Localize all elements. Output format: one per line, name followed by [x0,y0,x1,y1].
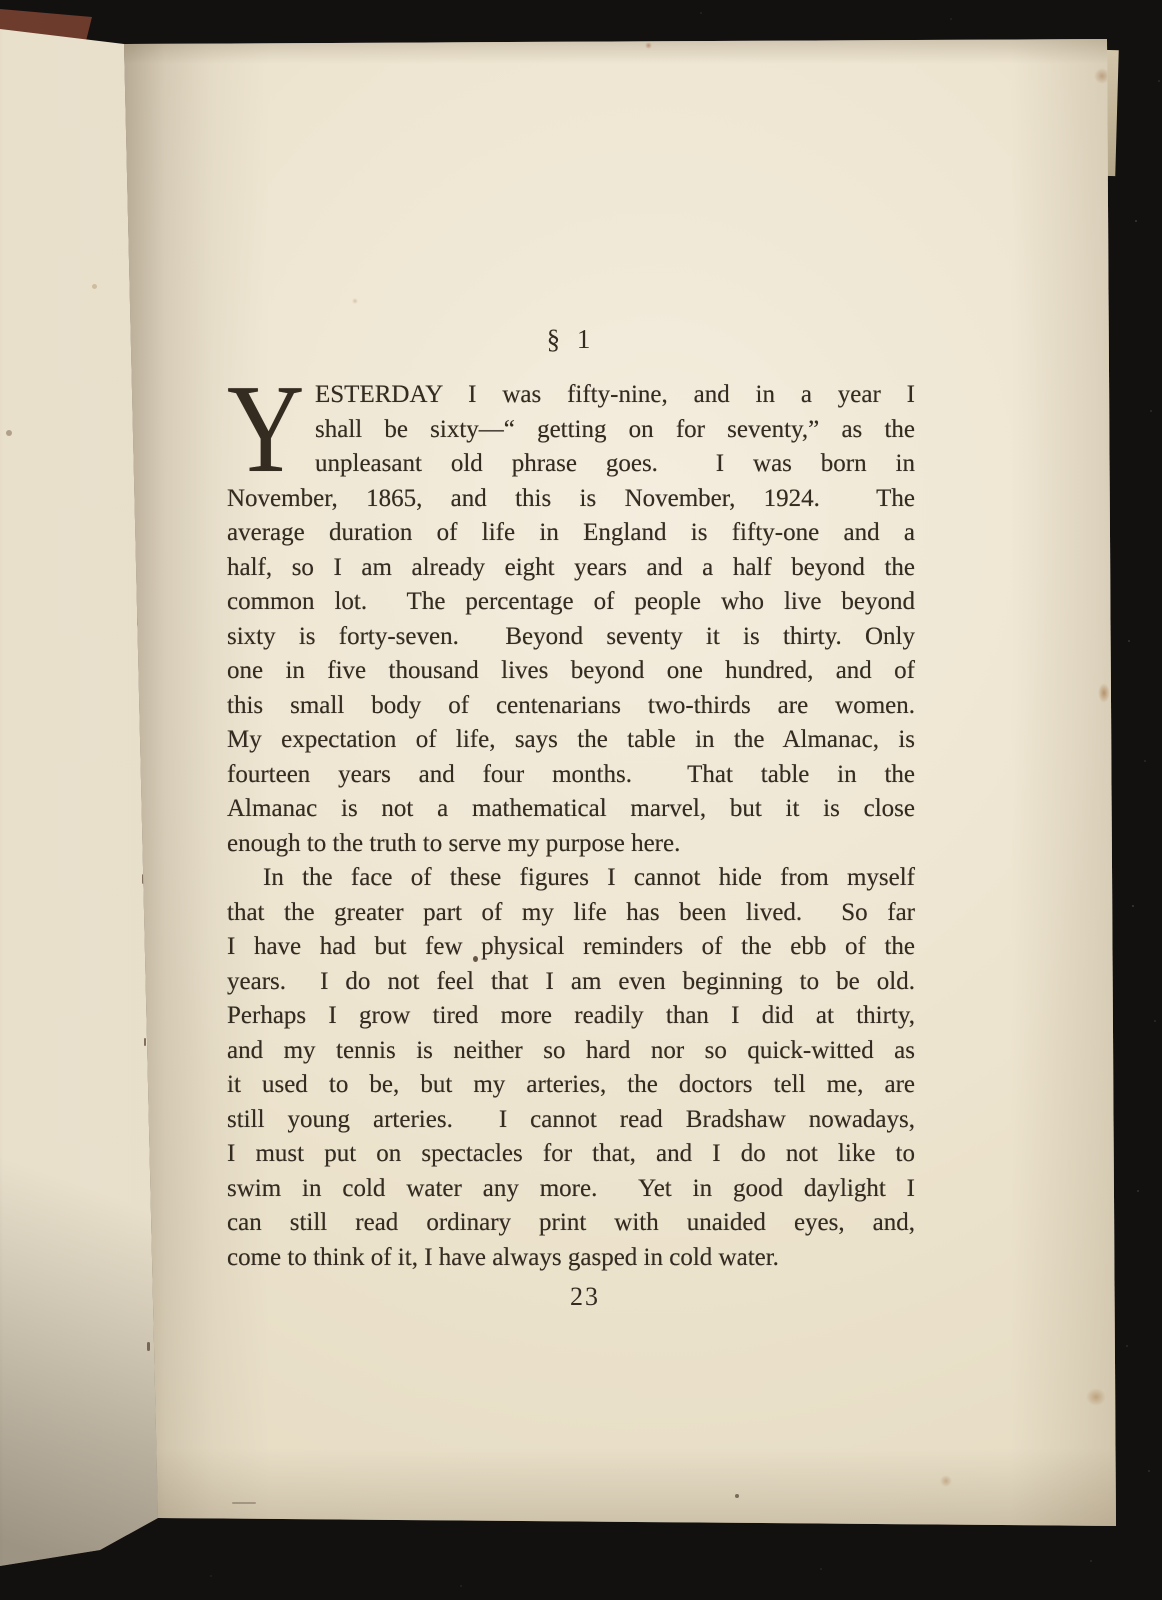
foxing-spot [1086,1388,1106,1406]
dust-speckles [0,0,2,2]
text-line: and my tennis is neither so hard nor so … [227,1034,915,1069]
text-line: average duration of life in England is f… [227,516,915,551]
section-heading: § 1 [227,324,915,355]
text-line: it used to be, but my arteries, the doct… [227,1068,915,1103]
text-line: Perhaps I grow tired more readily than I… [227,999,915,1034]
text-line: My expectation of life, says the table i… [227,723,915,758]
bottom-shadow [120,1448,1120,1528]
foxing-spot [1098,683,1110,703]
text-line: I must put on spectacles for that, and I… [227,1137,915,1172]
text-line: sixty is forty-seven. Beyond seventy it … [227,620,915,655]
text-line: In the face of these figures I cannot hi… [227,861,915,896]
text-line: swim in cold water any more. Yet in good… [227,1172,915,1207]
text-line: this small body of centenarians two-thir… [227,689,915,724]
text-line: fourteen years and four months. That tab… [227,758,915,793]
text-line: common lot. The percentage of people who… [227,585,915,620]
edge-shadow [1010,30,1120,1530]
top-shadow [120,38,1120,64]
text-line: that the greater part of my life has bee… [227,896,915,931]
ink-speck [735,1494,739,1498]
text-line: shall be sixty—“ getting on for seventy,… [227,413,915,448]
page-number: 23 [227,1282,915,1312]
text-line: come to think of it, I have always gaspe… [227,1241,915,1276]
text-line: November, 1865, and this is November, 19… [227,482,915,517]
text-line: can still read ordinary print with unaid… [227,1206,915,1241]
text-line: I have had but few physical reminders of… [227,930,915,965]
text-line: one in five thousand lives beyond one hu… [227,654,915,689]
crease-nick [147,1342,150,1351]
text-line: Almanac is not a mathematical marvel, bu… [227,792,915,827]
drop-cap: Y [227,378,302,481]
foxing-spot [352,298,358,304]
crease-nick [144,1038,146,1046]
text-line: half, so I am already eight years and a … [227,551,915,586]
foxing-spot [6,430,12,436]
text-line: unpleasant old phrase goes. I was born i… [227,447,915,482]
text-line: years. I do not feel that I am even begi… [227,965,915,1000]
foxing-spot [940,1475,952,1487]
foxing-spot [645,42,652,49]
pencil-mark [232,1502,256,1504]
book-page: § 1 Y ESTERDAY I was fifty-nine, and in … [0,0,1162,1600]
text-line: enough to the truth to serve my purpose … [227,827,915,862]
book-photo: § 1 Y ESTERDAY I was fifty-nine, and in … [0,0,1162,1600]
text-line: ESTERDAY I was fifty-nine, and in a year… [227,378,915,413]
text-line: still young arteries. I cannot read Brad… [227,1103,915,1138]
foxing-spot [92,284,97,289]
page-text: Y ESTERDAY I was fifty-nine, and in a ye… [227,378,915,1275]
